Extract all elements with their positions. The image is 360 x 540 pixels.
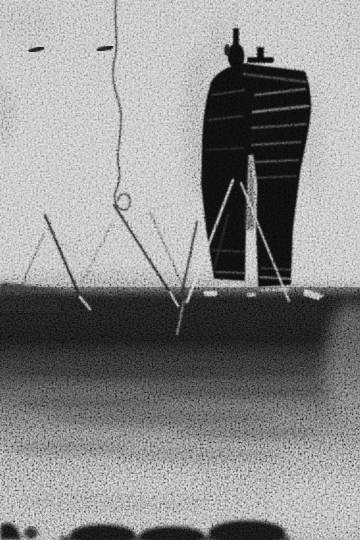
photo-canvas [0,0,360,540]
studio-photograph [0,0,360,540]
grain-specks-wall [0,0,360,310]
film-grain [0,0,360,540]
grain-floor [0,290,360,540]
